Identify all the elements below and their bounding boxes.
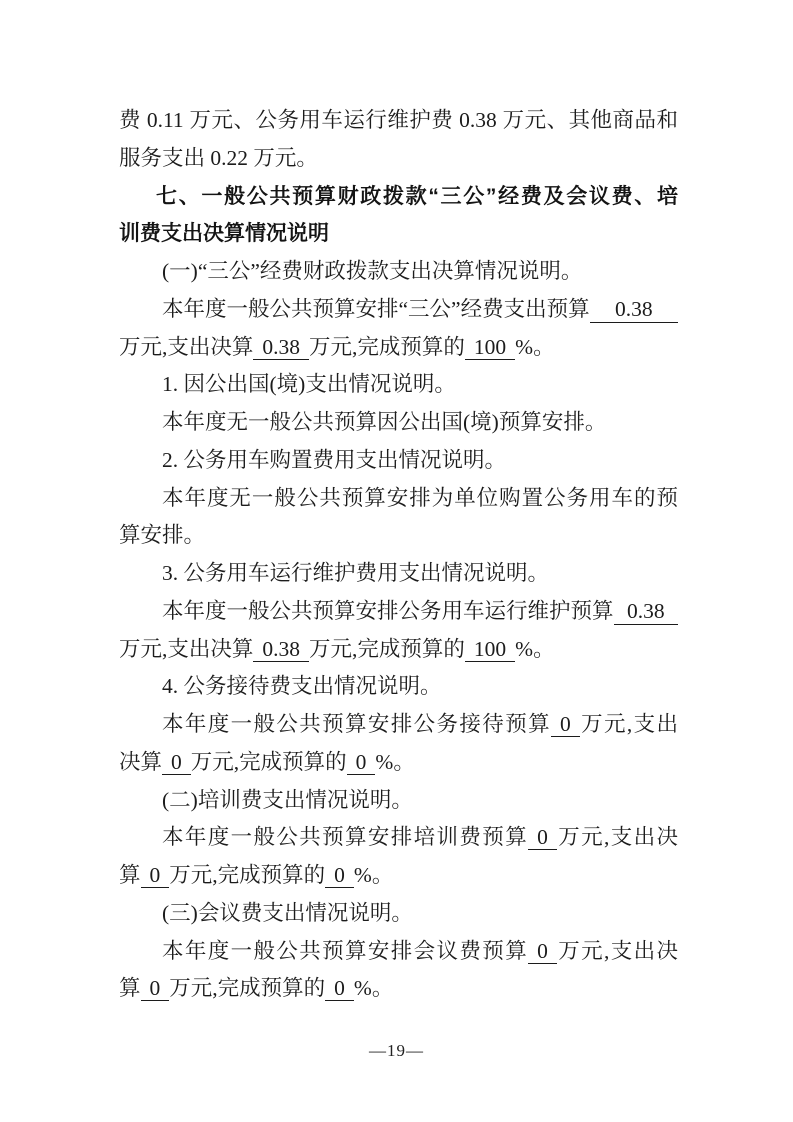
- text-segment: 2. 公务用车购置费用支出情况说明。: [162, 448, 506, 472]
- text-segment: 本年度一般公共预算安排“三公”经费支出预算: [162, 291, 590, 329]
- text-line: 费 0.11 万元、公务用车运行维护费 0.38 万元、其他商品和: [119, 102, 678, 140]
- heading-line: 训费支出决算情况说明: [119, 215, 678, 253]
- text-line: 2. 公务用车购置费用支出情况说明。: [119, 442, 678, 480]
- text-line: 本年度无一般公共预算安排为单位购置公务用车的预: [119, 480, 678, 518]
- underlined-value: 0.38: [614, 593, 678, 631]
- text-line: 1. 因公出国(境)支出情况说明。: [119, 366, 678, 404]
- text-line: (三)会议费支出情况说明。: [119, 895, 678, 933]
- text-line: 决算0万元,完成预算的0%。: [119, 744, 678, 782]
- text-segment: 万元,完成预算的: [309, 637, 465, 661]
- text-line: 算0万元,完成预算的0%。: [119, 970, 678, 1008]
- text-segment: (一)“三公”经费财政拨款支出决算情况说明。: [162, 259, 582, 283]
- text-line: 万元,支出决算0.38万元,完成预算的100%。: [119, 329, 678, 367]
- text-segment: (三)会议费支出情况说明。: [162, 901, 413, 925]
- text-segment: 服务支出 0.22 万元。: [119, 146, 318, 170]
- text-segment: 1. 因公出国(境)支出情况说明。: [162, 372, 456, 396]
- text-segment: %。: [354, 976, 393, 1000]
- text-segment: 七、一般公共预算财政拨款“三公”经费及会议费、培: [156, 185, 678, 208]
- text-line: 本年度一般公共预算安排公务接待预算0万元,支出: [119, 706, 678, 744]
- text-line: 服务支出 0.22 万元。: [119, 140, 678, 178]
- document-body: 费 0.11 万元、公务用车运行维护费 0.38 万元、其他商品和服务支出 0.…: [119, 102, 678, 1008]
- underlined-value: 0.38: [590, 291, 678, 329]
- text-segment: 万元,完成预算的: [191, 750, 347, 774]
- text-segment: 算: [119, 863, 141, 887]
- underlined-value: 0: [141, 863, 170, 888]
- text-segment: 3. 公务用车运行维护费用支出情况说明。: [162, 561, 549, 585]
- underlined-value: 0: [528, 825, 557, 850]
- underlined-value: 0: [347, 750, 376, 775]
- text-segment: 万元,支出决: [557, 939, 678, 963]
- text-segment: 万元,支出决算: [119, 335, 253, 359]
- text-line: 本年度一般公共预算安排“三公”经费支出预算0.38: [119, 291, 678, 329]
- text-segment: 训费支出决算情况说明: [119, 222, 329, 245]
- text-line: 本年度一般公共预算安排公务用车运行维护预算0.38: [119, 593, 678, 631]
- text-line: (一)“三公”经费财政拨款支出决算情况说明。: [119, 253, 678, 291]
- text-segment: 本年度一般公共预算安排公务用车运行维护预算: [162, 593, 614, 631]
- text-segment: 万元,完成预算的: [169, 976, 325, 1000]
- text-line: 本年度一般公共预算安排会议费预算0万元,支出决: [119, 933, 678, 971]
- underlined-value: 100: [465, 637, 515, 662]
- text-segment: 本年度无一般公共预算安排为单位购置公务用车的预: [162, 486, 678, 510]
- text-segment: %。: [375, 750, 414, 774]
- text-segment: 算: [119, 976, 141, 1000]
- text-line: 本年度一般公共预算安排培训费预算0万元,支出决: [119, 819, 678, 857]
- text-segment: 本年度无一般公共预算因公出国(境)预算安排。: [162, 410, 606, 434]
- underlined-value: 0: [551, 712, 580, 737]
- text-segment: 本年度一般公共预算安排公务接待预算: [162, 712, 551, 736]
- text-line: 算安排。: [119, 517, 678, 555]
- text-segment: 算安排。: [119, 523, 205, 547]
- text-line: 算0万元,完成预算的0%。: [119, 857, 678, 895]
- page-number: —19—: [0, 1041, 793, 1061]
- text-segment: 费 0.11 万元、公务用车运行维护费 0.38 万元、其他商品和: [119, 108, 678, 132]
- underlined-value: 0: [325, 863, 354, 888]
- underlined-value: 0: [162, 750, 191, 775]
- text-line: 3. 公务用车运行维护费用支出情况说明。: [119, 555, 678, 593]
- underlined-value: 0.38: [253, 637, 309, 662]
- text-segment: 万元,完成预算的: [309, 335, 465, 359]
- text-line: 本年度无一般公共预算因公出国(境)预算安排。: [119, 404, 678, 442]
- text-segment: (二)培训费支出情况说明。: [162, 788, 413, 812]
- text-line: (二)培训费支出情况说明。: [119, 782, 678, 820]
- text-segment: 万元,支出决算: [119, 637, 253, 661]
- text-line: 4. 公务接待费支出情况说明。: [119, 668, 678, 706]
- text-segment: %。: [515, 335, 554, 359]
- underlined-value: 0: [141, 976, 170, 1001]
- underlined-value: 100: [465, 335, 515, 360]
- text-segment: 万元,支出: [580, 712, 678, 736]
- text-segment: 4. 公务接待费支出情况说明。: [162, 674, 442, 698]
- text-segment: 本年度一般公共预算安排会议费预算: [162, 939, 528, 963]
- underlined-value: 0.38: [253, 335, 309, 360]
- text-segment: 万元,完成预算的: [169, 863, 325, 887]
- text-line: 万元,支出决算0.38万元,完成预算的100%。: [119, 631, 678, 669]
- text-segment: 本年度一般公共预算安排培训费预算: [162, 825, 528, 849]
- underlined-value: 0: [528, 939, 557, 964]
- text-segment: 万元,支出决: [557, 825, 678, 849]
- text-segment: %。: [354, 863, 393, 887]
- text-segment: %。: [515, 637, 554, 661]
- heading-line: 七、一般公共预算财政拨款“三公”经费及会议费、培: [119, 178, 678, 216]
- text-segment: 决算: [119, 750, 162, 774]
- underlined-value: 0: [325, 976, 354, 1001]
- document-page: 费 0.11 万元、公务用车运行维护费 0.38 万元、其他商品和服务支出 0.…: [0, 0, 793, 1122]
